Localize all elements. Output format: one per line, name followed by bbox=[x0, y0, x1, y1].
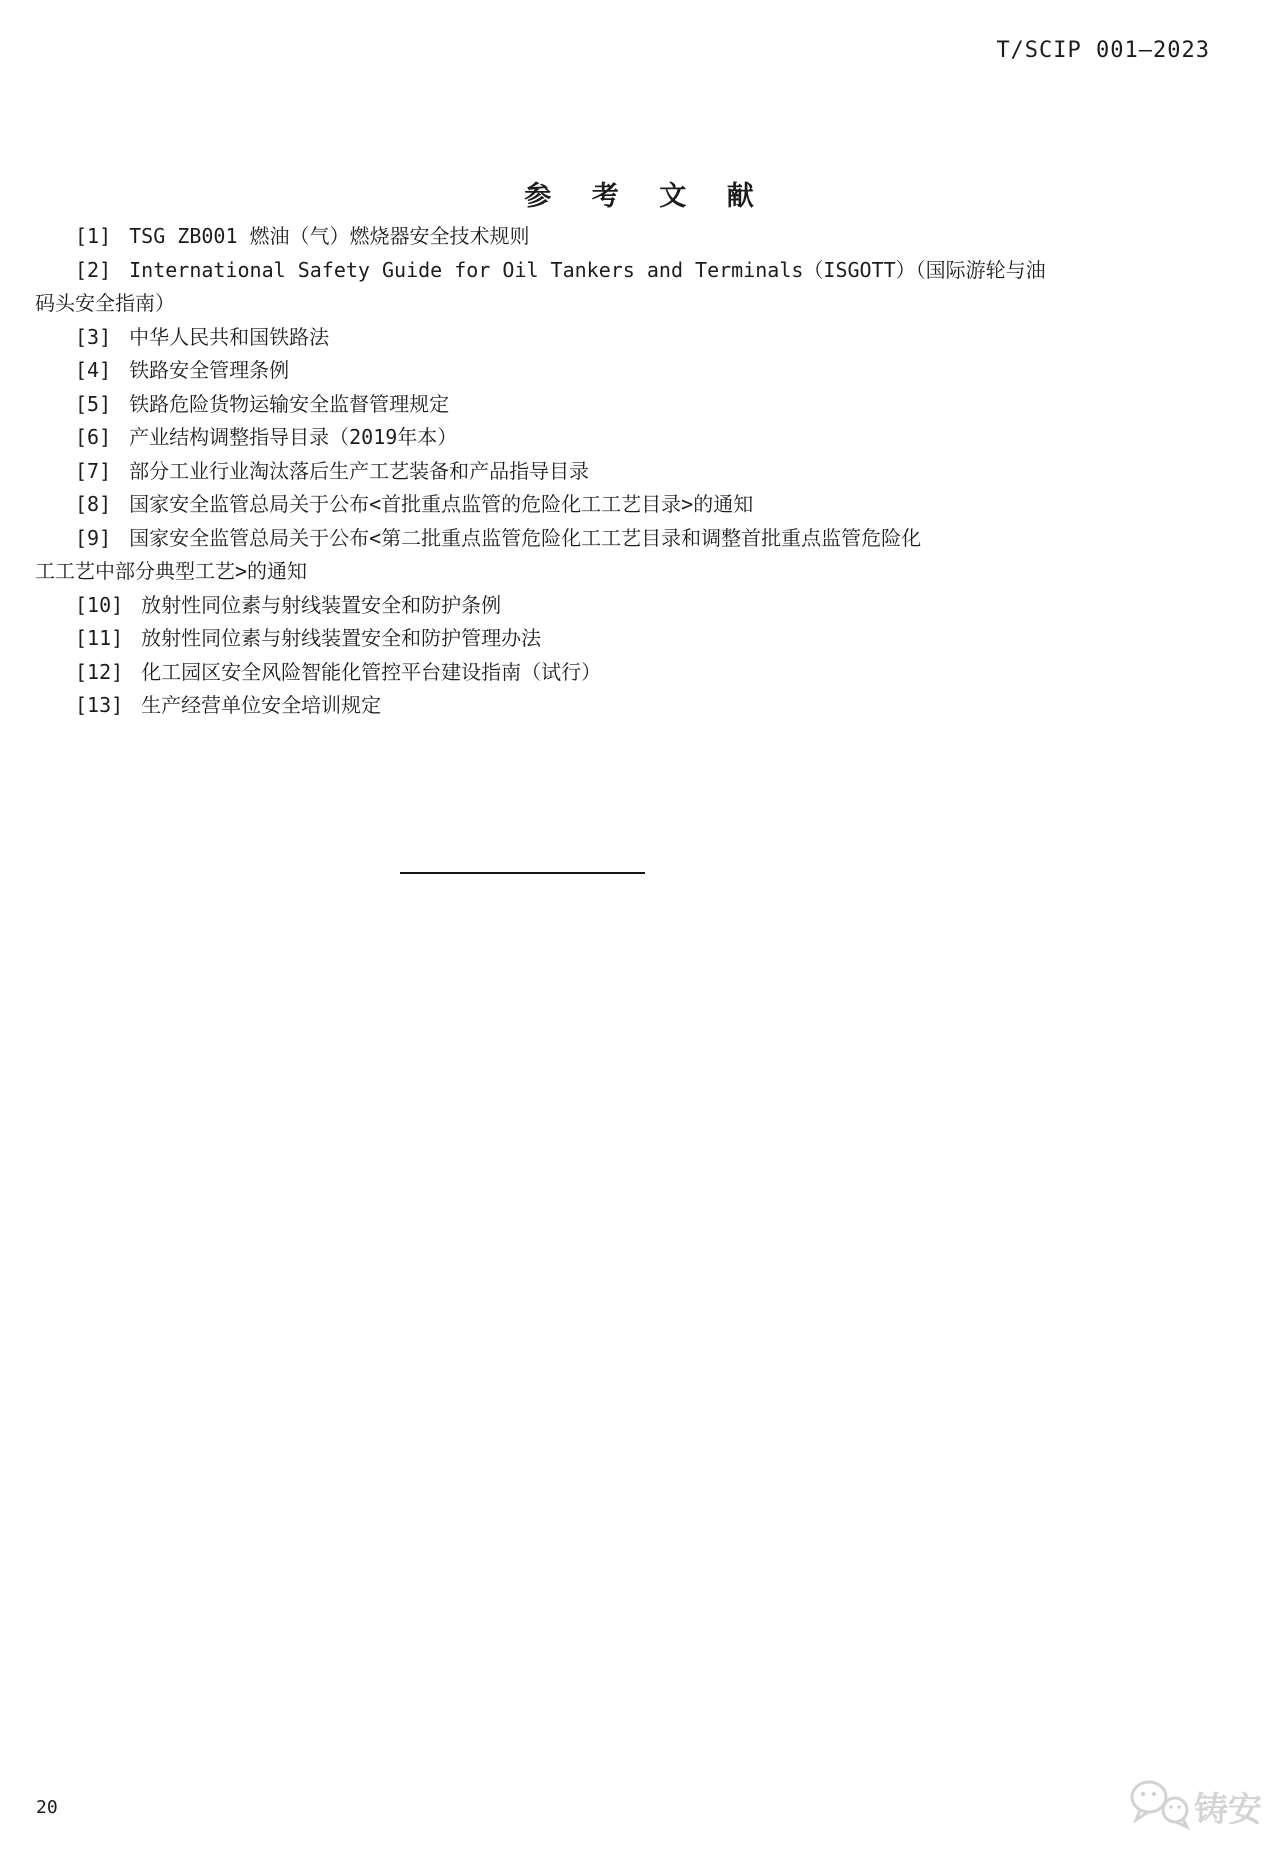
reference-number: [7] bbox=[75, 459, 111, 483]
reference-item: [9]国家安全监管总局关于公布<第二批重点监管危险化工工艺目录和调整首批重点监管… bbox=[35, 522, 1247, 589]
reference-item: [7]部分工业行业淘汰落后生产工艺装备和产品指导目录 bbox=[35, 455, 1247, 489]
reference-text-continued: 工工艺中部分典型工艺>的通知 bbox=[35, 559, 307, 583]
reference-text: 化工园区安全风险智能化管控平台建设指南（试行） bbox=[141, 660, 601, 684]
reference-text-continued: 码头安全指南） bbox=[35, 291, 175, 315]
end-of-document-divider bbox=[400, 872, 645, 874]
speech-bubbles-icon: 铸安 bbox=[1126, 1774, 1278, 1834]
reference-text: 放射性同位素与射线装置安全和防护条例 bbox=[141, 593, 501, 617]
watermark-text: 铸安 bbox=[1194, 1790, 1262, 1830]
reference-item: [3]中华人民共和国铁路法 bbox=[35, 321, 1247, 355]
page-number: 20 bbox=[36, 1797, 58, 1818]
reference-text: 产业结构调整指导目录（2019年本） bbox=[129, 425, 457, 449]
reference-text: TSG ZB001 燃油（气）燃烧器安全技术规则 bbox=[129, 224, 529, 248]
reference-text: 国家安全监管总局关于公布<第二批重点监管危险化工工艺目录和调整首批重点监管危险化 bbox=[129, 526, 921, 550]
reference-number: [13] bbox=[75, 693, 123, 717]
reference-text: 部分工业行业淘汰落后生产工艺装备和产品指导目录 bbox=[129, 459, 589, 483]
reference-item: [13]生产经营单位安全培训规定 bbox=[35, 689, 1247, 723]
reference-number: [3] bbox=[75, 325, 111, 349]
reference-text: 铁路安全管理条例 bbox=[129, 358, 289, 382]
reference-number: [5] bbox=[75, 392, 111, 416]
reference-number: [6] bbox=[75, 425, 111, 449]
reference-item: [1]TSG ZB001 燃油（气）燃烧器安全技术规则 bbox=[35, 220, 1247, 254]
reference-number: [10] bbox=[75, 593, 123, 617]
reference-number: [1] bbox=[75, 224, 111, 248]
reference-item: [6]产业结构调整指导目录（2019年本） bbox=[35, 421, 1247, 455]
brand-watermark: 铸安 bbox=[1126, 1774, 1278, 1834]
reference-item: [8]国家安全监管总局关于公布<首批重点监管的危险化工工艺目录>的通知 bbox=[35, 488, 1247, 522]
reference-item: [10]放射性同位素与射线装置安全和防护条例 bbox=[35, 589, 1247, 623]
reference-number: [2] bbox=[75, 258, 111, 282]
reference-item: [12]化工园区安全风险智能化管控平台建设指南（试行） bbox=[35, 656, 1247, 690]
reference-item: [4]铁路安全管理条例 bbox=[35, 354, 1247, 388]
reference-number: [9] bbox=[75, 526, 111, 550]
reference-item: [5]铁路危险货物运输安全监督管理规定 bbox=[35, 388, 1247, 422]
reference-number: [11] bbox=[75, 626, 123, 650]
reference-number: [8] bbox=[75, 492, 111, 516]
reference-text: 放射性同位素与射线装置安全和防护管理办法 bbox=[141, 626, 541, 650]
page-title: 参 考 文 献 bbox=[0, 174, 1280, 213]
reference-item: [2]International Safety Guide for Oil Ta… bbox=[35, 254, 1247, 321]
doc-number: T/SCIP 001—2023 bbox=[996, 38, 1210, 63]
reference-text: International Safety Guide for Oil Tanke… bbox=[129, 258, 1046, 282]
reference-item: [11]放射性同位素与射线装置安全和防护管理办法 bbox=[35, 622, 1247, 656]
reference-text: 中华人民共和国铁路法 bbox=[129, 325, 329, 349]
reference-text: 国家安全监管总局关于公布<首批重点监管的危险化工工艺目录>的通知 bbox=[129, 492, 753, 516]
document-page: T/SCIP 001—2023 参 考 文 献 [1]TSG ZB001 燃油（… bbox=[0, 0, 1280, 1863]
reference-text: 铁路危险货物运输安全监督管理规定 bbox=[129, 392, 449, 416]
reference-number: [12] bbox=[75, 660, 123, 684]
references-list: [1]TSG ZB001 燃油（气）燃烧器安全技术规则 [2]Internati… bbox=[35, 220, 1247, 723]
reference-text: 生产经营单位安全培训规定 bbox=[141, 693, 381, 717]
reference-number: [4] bbox=[75, 358, 111, 382]
